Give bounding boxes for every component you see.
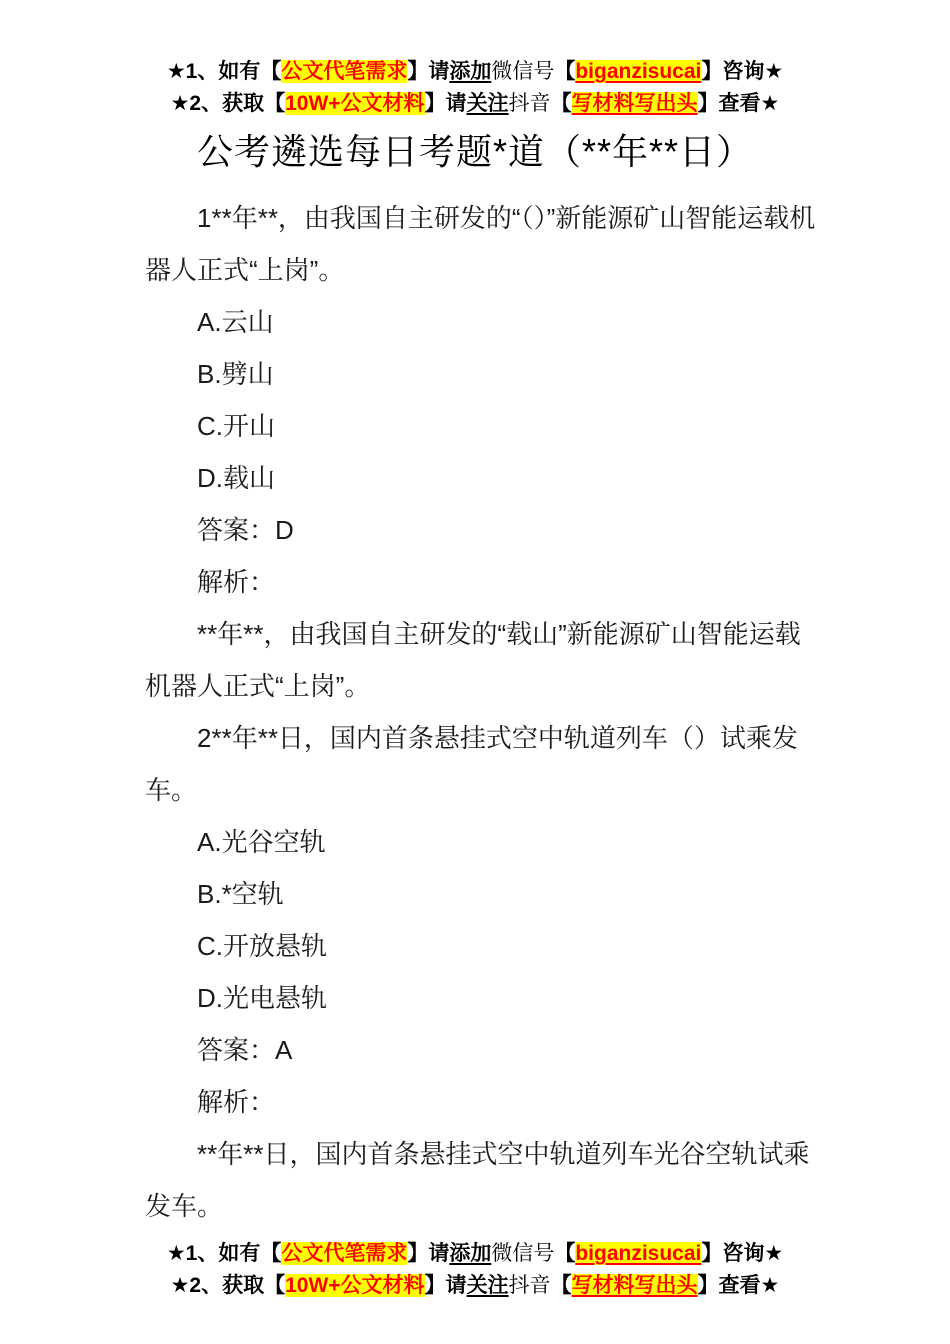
question-1-option-a: A.云山 <box>145 296 820 348</box>
promo-highlight-service: 10W+公文材料 <box>285 1274 424 1297</box>
promo-highlight-account: biganzisucai <box>575 1242 701 1265</box>
promo-channel-name: 微信号 <box>491 1242 554 1265</box>
question-1-answer: 答案：D <box>145 504 820 556</box>
promo-header: ★1、如有【公文代笔需求】请添加微信号【biganzisucai】咨询★ ★2、… <box>0 56 950 120</box>
promo-text-suffix: 】咨询★ <box>701 1242 783 1265</box>
page-title: 公考遴选每日考题*道（**年**日） <box>0 128 950 176</box>
questions-body: 1**年**，由我国自主研发的“（）”新能源矿山智能运载机器人正式“上岗”。 A… <box>145 192 820 1232</box>
question-1-option-d: D.载山 <box>145 452 820 504</box>
promo-footer: ★1、如有【公文代笔需求】请添加微信号【biganzisucai】咨询★ ★2、… <box>0 1238 950 1302</box>
promo-text-mid: 】请 <box>425 92 467 115</box>
question-1-option-c: C.开山 <box>145 400 820 452</box>
promo-text-prefix: ★1、如有【 <box>167 1242 282 1265</box>
question-2-option-a: A.光谷空轨 <box>145 816 820 868</box>
promo-text-prefix: ★2、获取【 <box>171 1274 286 1297</box>
promo-text-suffix: 】咨询★ <box>701 60 783 83</box>
question-1-analysis-label: 解析： <box>145 556 820 608</box>
promo-text-mid: 】请 <box>425 1274 467 1297</box>
promo-channel-name: 抖音 <box>509 92 551 115</box>
promo-header-line-2: ★2、获取【10W+公文材料】请关注抖音【写材料写出头】查看★ <box>0 88 950 120</box>
question-2-option-c: C.开放悬轨 <box>145 920 820 972</box>
promo-bracket: 【 <box>554 60 575 83</box>
question-2-option-b: B.*空轨 <box>145 868 820 920</box>
promo-text-suffix: 】查看★ <box>698 92 780 115</box>
question-1-stem: 1**年**，由我国自主研发的“（）”新能源矿山智能运载机器人正式“上岗”。 <box>145 192 820 296</box>
promo-underlined-action: 关注 <box>467 92 509 115</box>
promo-text-mid: 】请 <box>407 1242 449 1265</box>
promo-header-line-1: ★1、如有【公文代笔需求】请添加微信号【biganzisucai】咨询★ <box>0 56 950 88</box>
promo-highlight-account: biganzisucai <box>575 60 701 83</box>
promo-underlined-action: 添加 <box>449 60 491 83</box>
promo-underlined-action: 添加 <box>449 1242 491 1265</box>
question-2-stem: 2**年**日，国内首条悬挂式空中轨道列车（）试乘发车。 <box>145 712 820 816</box>
question-2-analysis-label: 解析： <box>145 1076 820 1128</box>
promo-highlight-account: 写材料写出头 <box>572 1274 698 1297</box>
promo-bracket: 【 <box>551 92 572 115</box>
question-1-analysis: **年**，由我国自主研发的“载山”新能源矿山智能运载机器人正式“上岗”。 <box>145 608 820 712</box>
document-page: ★1、如有【公文代笔需求】请添加微信号【biganzisucai】咨询★ ★2、… <box>0 0 950 1344</box>
question-2-option-d: D.光电悬轨 <box>145 972 820 1024</box>
promo-text-mid: 】请 <box>407 60 449 83</box>
promo-highlight-service: 公文代笔需求 <box>281 1242 407 1265</box>
promo-text-prefix: ★2、获取【 <box>171 92 286 115</box>
promo-text-prefix: ★1、如有【 <box>167 60 282 83</box>
promo-bracket: 【 <box>551 1274 572 1297</box>
promo-underlined-action: 关注 <box>467 1274 509 1297</box>
promo-channel-name: 抖音 <box>509 1274 551 1297</box>
question-1-option-b: B.劈山 <box>145 348 820 400</box>
promo-footer-line-1: ★1、如有【公文代笔需求】请添加微信号【biganzisucai】咨询★ <box>0 1238 950 1270</box>
promo-footer-line-2: ★2、获取【10W+公文材料】请关注抖音【写材料写出头】查看★ <box>0 1270 950 1302</box>
promo-highlight-service: 10W+公文材料 <box>285 92 424 115</box>
question-2-answer: 答案：A <box>145 1024 820 1076</box>
promo-bracket: 【 <box>554 1242 575 1265</box>
promo-highlight-service: 公文代笔需求 <box>281 60 407 83</box>
promo-text-suffix: 】查看★ <box>698 1274 780 1297</box>
promo-channel-name: 微信号 <box>491 60 554 83</box>
promo-highlight-account: 写材料写出头 <box>572 92 698 115</box>
question-2-analysis: **年**日，国内首条悬挂式空中轨道列车光谷空轨试乘发车。 <box>145 1128 820 1232</box>
